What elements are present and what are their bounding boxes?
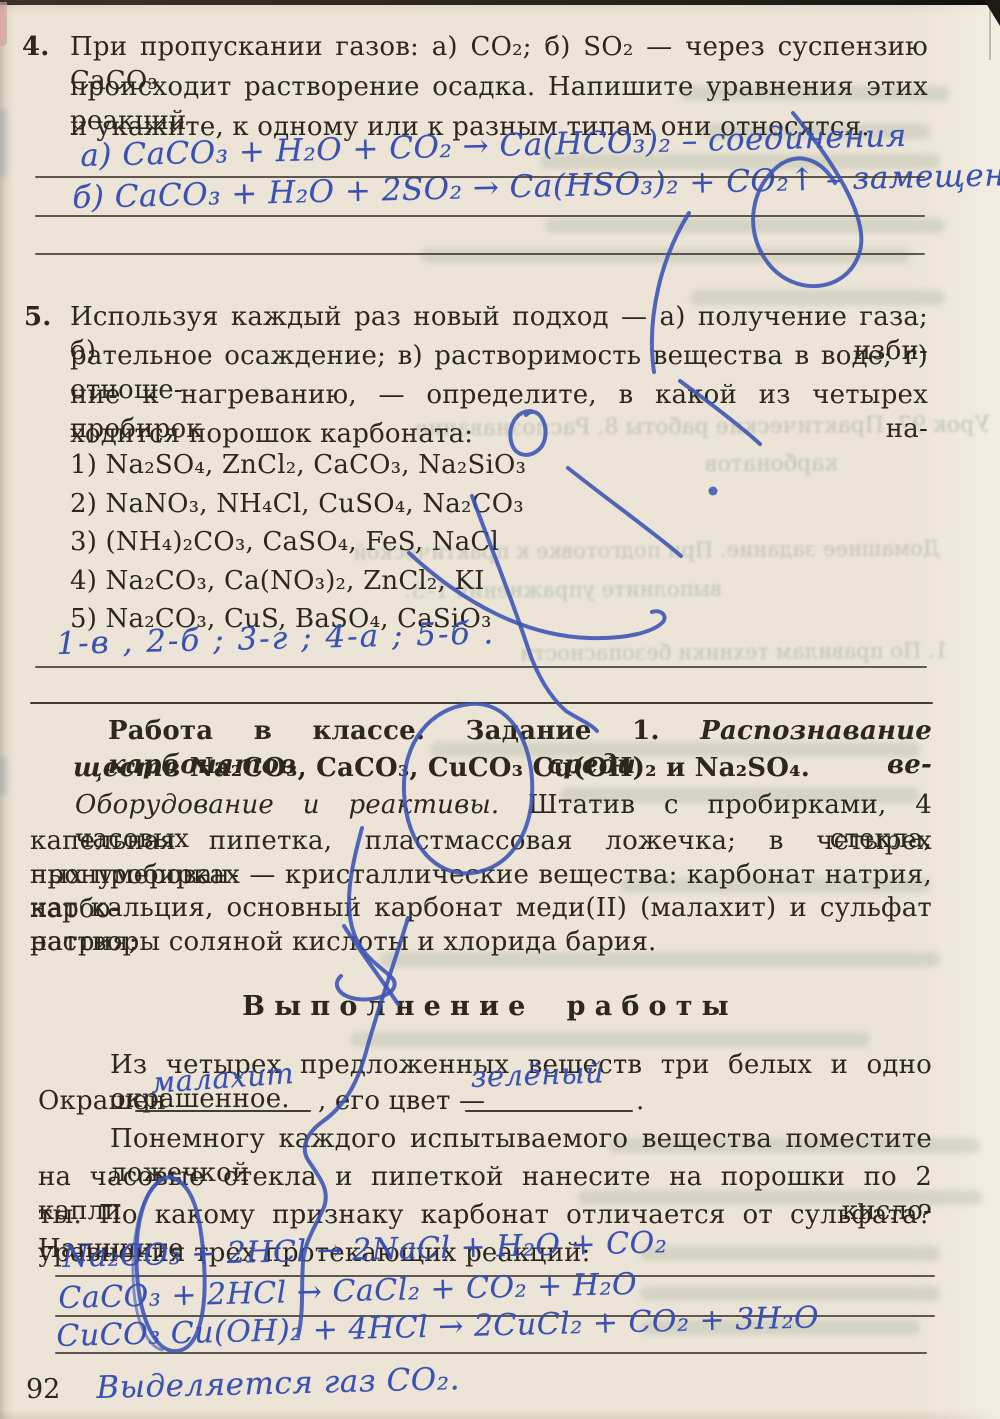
classwork-line7: растворы соляной кислоты и хлорида бария… [30,925,657,959]
answer-line [35,215,925,217]
execution-p2-label: Окрашен [38,1084,166,1118]
bleedthrough-smudge [640,1286,940,1301]
task5-option: 3) (NH₄)₂CO₃, CaSO₄, FeS, NaCl [70,525,499,559]
fill-in-blank-line [135,1110,311,1112]
task5-option: 4) Na₂CO₃, Ca(NO₃)₂, ZnCl₂, KI [70,564,485,598]
scan-top-edge [0,0,1000,5]
section-divider [30,702,933,704]
classwork-line2: ществ Na₂CO₃, CaCO₃, CuCO₃ Cu(OH)₂ и Na₂… [30,751,932,785]
task5-option: 2) NaNO₃, NH₄Cl, CuSO₄, Na₂CO₃ [70,487,524,521]
task5-number: 5. [24,300,52,334]
task5-line4: ходится порошок карбоната: [70,417,473,451]
bleedthrough-text: Домашнее задание. При подготовке к практ… [448,536,940,563]
page-right-edge [989,0,991,60]
handwritten-green: зелёный [470,1055,605,1094]
scan-corner-shadow [984,0,1000,26]
classwork-line2-italic: ществ [73,753,190,783]
bleedthrough-smudge [350,1032,870,1047]
scan-left-pink-mark [0,2,7,46]
bleedthrough-smudge [420,248,910,263]
classwork-title: Работа в классе. Задание 1. [108,716,660,746]
answer-line [35,666,927,668]
bleedthrough-text: 1. По правилам техники безопасности [508,638,948,665]
bleedthrough-smudge [545,218,945,233]
fill-in-blank-line [465,1110,633,1112]
bleedthrough-smudge [0,108,7,178]
pen-dot [709,487,718,496]
execution-p2-end: . [636,1084,644,1118]
workbook-page-scan: Урок 97. Практические работы 8. Распозна… [0,0,1000,1419]
execution-p2-mid: , его цвет — [318,1084,485,1118]
page-number: 92 [26,1374,60,1405]
task5-option: 1) Na₂SO₄, ZnCl₂, CaCO₃, Na₂SiO₃ [70,448,526,482]
classwork-line2-formulas: Na₂CO₃, CaCO₃, CuCO₃ Cu(OH)₂ и Na₂SO₄. [190,753,810,783]
answer-line [35,176,925,178]
task4-number: 4. [22,30,50,64]
handwritten-note-gas: Выделяется газ CO₂. [96,1361,460,1406]
answer-line [55,1352,927,1354]
execution-header: Выполнение работы [0,990,980,1024]
answer-line [35,253,925,255]
bleedthrough-text: карбонатов [598,451,838,478]
classwork-equipment-label: Оборудование и реактивы. [75,790,499,820]
bleedthrough-smudge [0,756,7,796]
